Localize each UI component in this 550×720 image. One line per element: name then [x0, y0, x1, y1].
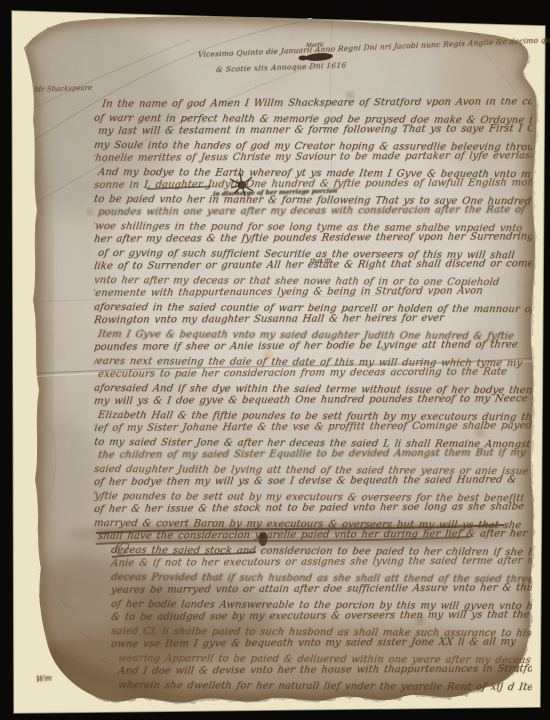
manuscript-line-35: Anie & if not to her executours or assig…: [110, 554, 532, 570]
latin-dating-header-line-2: & Scotie xlix Annoque Dni 1616: [216, 60, 347, 74]
manuscript-line-37: yeares be marryed vnto or attain after d…: [110, 581, 532, 597]
manuscript-line-29: of her bodye then my will ys & soe I dev…: [94, 473, 532, 489]
latin-dating-header-line-1: Vicesimo Quinto die Januarii Anno Regni …: [198, 35, 550, 60]
manuscript-line-15: tenemente with thappurtenaunces lyeing &…: [94, 284, 532, 300]
margin-note-shackspeare: Mr Shackspeare: [34, 84, 93, 94]
manuscript-line-1: In the name of god Amen I Willm Shackspe…: [101, 98, 532, 111]
manuscript-line-17: Rowington vnto my daughter Susanna Hall …: [94, 311, 532, 327]
manuscript-line-21: executours to paie her consideracion fro…: [97, 365, 532, 381]
bottom-left-mark: Wm: [36, 674, 52, 684]
interlineation-that-itt: that itt: [310, 258, 332, 265]
manuscript-line-41: owne vse Item I gyve & bequeath vnto my …: [110, 635, 532, 651]
manuscript-line-23: my will ys & I doe gyve & bequeath One h…: [94, 392, 532, 408]
manuscript-line-9: poundes within one yeare after my deceas…: [97, 203, 532, 219]
manuscript-line-25: lief of my Sister Johane Harte & the vse…: [94, 419, 532, 435]
manuscript-line-27: the children of my saied Sister Equallie…: [97, 446, 532, 462]
manuscript-line-31: of her & her issue & the stock not to be…: [94, 500, 532, 516]
manuscript-line-5: thonelie merittes of Jesus Christe my Sa…: [94, 149, 532, 165]
photograph-of-manuscript: Vicesimo Quinto die Januarii Anno Regni …: [0, 0, 550, 720]
manuscript-line-39: & to be adiudged soe by my executours & …: [110, 608, 532, 624]
header-interlineation-martii: Martii: [306, 42, 324, 49]
manuscript-line-43: And I doe will & devise vnto her the hou…: [117, 662, 532, 678]
manuscript-line-11: her after my deceas & the fyftie poundes…: [94, 230, 532, 246]
manuscript-line-44: wherein she dwelleth for her naturall li…: [117, 679, 532, 694]
manuscript-line-19: poundes more if shee or Anie issue of he…: [94, 338, 532, 354]
manuscript-line-3: my last will & testament in manner & for…: [97, 122, 532, 138]
manuscript-text-layer: Vicesimo Quinto die Januarii Anno Regni …: [0, 0, 550, 720]
manuscript-line-33: shall have the consideracion yearelie pa…: [97, 527, 532, 543]
